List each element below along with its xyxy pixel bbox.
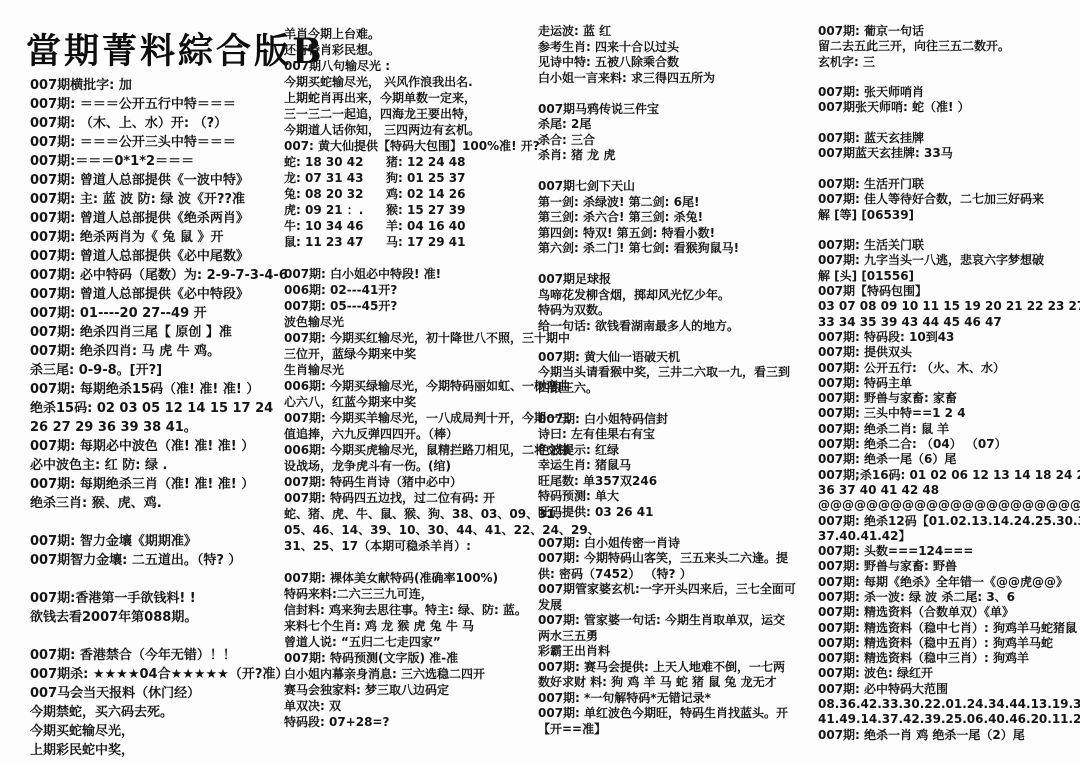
text-line: 007期蓝天玄挂牌: 33马 bbox=[818, 146, 1073, 161]
text-line: 007期:香港第一手欲钱料! ! bbox=[30, 589, 280, 608]
text-line: 007期: 绝杀一肖 鸡 绝杀一尾（2）尾 bbox=[818, 728, 1073, 743]
text-line: 今期当头请看猴中奖，三井二六取一九，看三到 bbox=[538, 365, 796, 381]
text-line: 36 37 40 41 42 48 bbox=[818, 483, 1073, 498]
text-line: 参考生肖: 四来十合以过头 bbox=[538, 40, 796, 56]
text-line: 幸运生肖: 猪鼠马 bbox=[538, 458, 796, 474]
zodiac-number-row: 牛: 10 34 46羊: 04 16 40 bbox=[284, 218, 540, 234]
text-line: 发展 bbox=[538, 598, 796, 614]
zodiac-number-row: 虎: 09 21 ：.猴: 15 27 39 bbox=[284, 202, 540, 218]
text-line: 绝杀15码: 02 03 05 12 14 15 17 24 bbox=[30, 399, 280, 418]
text-line: 007期【特码包围】 bbox=[818, 284, 1073, 299]
text-line: 007期: 绝杀二合: （04） （07） bbox=[818, 437, 1073, 452]
text-line: 31、25、17（本期可稳杀羊肖）: bbox=[284, 538, 540, 554]
text-line: 007期: 智力金壤《期期准》 bbox=[30, 532, 280, 551]
text-line: 四跟三六。 bbox=[538, 381, 796, 397]
text-line: 007期: 必中特码（尾数）为: 2-9-7-3-4-6 bbox=[30, 266, 280, 285]
text-line: 007期;杀16码: 01 02 06 12 13 14 18 24 25 29… bbox=[818, 468, 1073, 483]
text-line: 007期智力金壤: 二五道出。（特? ） bbox=[30, 551, 280, 570]
text-line: 007期马鸦传说三件宝 bbox=[538, 102, 796, 118]
text-line: 007期: 每期绝杀15码（准! 准! 准! ） bbox=[30, 380, 280, 399]
text-line: 007期: 绝杀一尾（6）尾 bbox=[818, 452, 1073, 467]
column-3: 走运波: 蓝 红参考生肖: 四来十合以过头见诗中特: 五被八除乘合数白小姐一言来… bbox=[538, 24, 796, 737]
text-line: 白小姐内幕亲身消息: 三六选稳二四开 bbox=[284, 666, 540, 682]
text-line: 007期: 今期买红输尽光，初十降世八不照，三十期中 bbox=[284, 330, 540, 346]
text-line: 007期: 精选资料（合数单双）《单》 bbox=[818, 605, 1073, 620]
text-line: 007期八句输尽光 : bbox=[284, 58, 540, 74]
text-line: 蛇、猪、虎、牛、鼠、猴、狗、38、03、09、31、 bbox=[284, 506, 540, 522]
zodiac-number-row: 兔: 08 20 32鸡: 02 14 26 bbox=[284, 186, 540, 202]
text-line: 007期: 三头中特==1 2 4 bbox=[818, 406, 1073, 421]
text-line: 还有特肖彩民想。 bbox=[284, 42, 540, 58]
page-title: 當期菁料綜合版B bbox=[26, 24, 325, 74]
text-line: 37.40.41.42】 bbox=[818, 529, 1073, 544]
text-line: 解 [头] [01556] bbox=[818, 269, 1073, 284]
zodiac-cell-right: 鸡: 02 14 26 bbox=[386, 186, 540, 202]
text-line: 007期: 今期买羊输尽光，一八成局判十开，今期一三 bbox=[284, 410, 540, 426]
tip-sheet-page: 當期菁料綜合版B 007期横批字: 加007期: ＝＝＝公开五行中特＝＝＝007… bbox=[0, 0, 1080, 764]
text-line: 绝杀三肖: 猴、虎、鸡. bbox=[30, 494, 280, 513]
text-line: 007期: 主: 蓝 波 防: 绿 波《开??准 bbox=[30, 190, 280, 209]
text-line: 007期: （木、上、水）开: （?） bbox=[30, 114, 280, 133]
text-line: 羊肖今期上台难。 bbox=[284, 26, 540, 42]
zodiac-cell-right: 猪: 12 24 48 bbox=[386, 154, 540, 170]
text-line: 数好求财 料: 狗 鸡 羊 马 蛇 猪 鼠 兔 龙无才 bbox=[538, 675, 796, 691]
text-line: 007期: 05---45开? bbox=[284, 298, 540, 314]
text-line: 留二去五此三开，向往三五二数开。 bbox=[818, 39, 1073, 54]
text-line: 解 [等] [06539] bbox=[818, 208, 1073, 223]
text-line: 007期: 赛马会提供: 上天人地难不倒，一七两 bbox=[538, 660, 796, 676]
text-line: 007期: 每期绝杀三肖（准! 准! 准! ） bbox=[30, 475, 280, 494]
text-line: 特码段: 07+28=? bbox=[284, 714, 540, 730]
text-line: 05、46、14、39、10、30、44、41、22、24、29、 bbox=[284, 522, 540, 538]
text-line: 第四剑: 特双! 第五剑: 特看小数! bbox=[538, 226, 796, 242]
text-line: 007期足球报 bbox=[538, 272, 796, 288]
text-line: @@@@@@@@@@@@@@@@@@@@@@@ bbox=[818, 498, 1073, 513]
text-line: 007期: 精选资料（稳中七肖）: 狗鸡羊马蛇猪鼠 bbox=[818, 621, 1073, 636]
text-line: 007期: 特码段: 10到43 bbox=[818, 330, 1073, 345]
text-line: 杀肖: 猪 龙 虎 bbox=[538, 148, 796, 164]
zodiac-cell-left: 龙: 07 31 43 bbox=[284, 170, 386, 186]
text-line: 007期: 黄大仙一语破天机 bbox=[538, 350, 796, 366]
text-line: 特码为双数。 bbox=[538, 303, 796, 319]
zodiac-cell-right: 猴: 15 27 39 bbox=[386, 202, 540, 218]
text-line: 曾道人说: “五归二七走四家” bbox=[284, 634, 540, 650]
text-line: 007期: 每期《绝杀》全年错一《@@虎@@》 bbox=[818, 575, 1073, 590]
text-line: 007期:＝＝＝0*1*2＝＝＝ bbox=[30, 152, 280, 171]
text-line: 上期彩民蛇中奖， bbox=[30, 741, 280, 760]
text-line: 旺码提供: 03 26 41 bbox=[538, 505, 796, 521]
text-line: 007期: 野兽与家畜: 家畜 bbox=[818, 391, 1073, 406]
text-line: 26 27 29 36 39 38 41。 bbox=[30, 418, 280, 437]
column-1: 007期横批字: 加007期: ＝＝＝公开五行中特＝＝＝007期: （木、上、水… bbox=[30, 76, 280, 760]
text-line: 007期: 提供双头 bbox=[818, 345, 1073, 360]
text-line: 007期: 波色: 绿红开 bbox=[818, 666, 1073, 681]
text-line: 007期: 曾道人总部提供《绝杀两肖》 bbox=[30, 209, 280, 228]
text-line: 007期杀: ★★★★04合★★★★★（开?准） bbox=[30, 665, 280, 684]
text-line: 设战场，龙争虎斗有一伤。(绾) bbox=[284, 458, 540, 474]
text-line: 33 34 35 39 43 44 45 46 47 bbox=[818, 315, 1073, 330]
text-line: 007期: 每期必中波色（准! 准! 准! ） bbox=[30, 437, 280, 456]
text-line: 走运波: 蓝 红 bbox=[538, 24, 796, 40]
text-line: 007期: *一句解特码*无错记录* bbox=[538, 691, 796, 707]
text-line: 41.49.14.37.42.39.25.06.40.46.20.11.29 bbox=[818, 712, 1073, 727]
zodiac-cell-left: 蛇: 18 30 42 bbox=[284, 154, 386, 170]
text-line: 必中波色主: 红 防: 绿 . bbox=[30, 456, 280, 475]
text-line: 今期禁蛇，买六码去死。 bbox=[30, 703, 280, 722]
text-line: 今期道人话你知， 三四两边有玄机。 bbox=[284, 122, 540, 138]
text-line: 信封料: 鸡来狗去思往事。特主: 绿、防: 蓝。 bbox=[284, 602, 540, 618]
text-line: 007期: 绝杀四肖三尾【 原创 】准 bbox=[30, 323, 280, 342]
text-line: 007: 黄大仙提供【特码大包围】100%准! 开? bbox=[284, 138, 540, 154]
text-line: 第一剑: 杀绿波! 第二剑: 6尾! bbox=[538, 195, 796, 211]
text-line: 007期管家婆玄机:一字开头四来后，三七全面可 bbox=[538, 582, 796, 598]
text-line: 两水三五勇 bbox=[538, 629, 796, 645]
text-line: 三位开，蓝绿今期来中奖 bbox=[284, 346, 540, 362]
text-line: 007期: 曾道人总部提供《必中尾数》 bbox=[30, 247, 280, 266]
text-line: 值追捧，六九反弹四四开。（棒） bbox=[284, 426, 540, 442]
text-line: 来料七个生肖: 鸡 龙 猴 虎 兔 牛 马 bbox=[284, 618, 540, 634]
text-line: 第三剑: 杀六合! 第三剑: 杀兔! bbox=[538, 210, 796, 226]
text-line: 色波提示: 红绿 bbox=[538, 443, 796, 459]
text-line: 007期: 单红波色今期旺，特码生肖找蓝头。开 bbox=[538, 706, 796, 722]
zodiac-cell-left: 牛: 10 34 46 bbox=[284, 218, 386, 234]
text-line: 第六剑: 杀二门! 第七剑: 看猴狗鼠马! bbox=[538, 241, 796, 257]
text-line: 007期: 绝杀二肖: 鼠 羊 bbox=[818, 422, 1073, 437]
text-line: 欲钱去看2007年第088期。 bbox=[30, 608, 280, 627]
text-line: 特码预测: 单大 bbox=[538, 489, 796, 505]
text-line: 【开==准】 bbox=[538, 722, 796, 738]
text-line: 007期: 特码生肖诗（猪中必中） bbox=[284, 474, 540, 490]
text-line: 玄机字: 三 bbox=[818, 55, 1073, 70]
text-line: 007期: 曾道人总部提供《必中特段》 bbox=[30, 285, 280, 304]
text-line: 08.36.42.33.30.22.01.24.34.44.13.19.38. bbox=[818, 697, 1073, 712]
text-line: 007期: 白小姐必中特段! 准! bbox=[284, 266, 540, 282]
text-line: 007期: 头数===124=== bbox=[818, 544, 1073, 559]
text-line: 007期: 必中特码大范围 bbox=[818, 682, 1073, 697]
text-line: 杀尾: 2尾 bbox=[538, 117, 796, 133]
text-line: 今期买蛇输尽光， 兴风作浪我出名. bbox=[284, 74, 540, 90]
text-line: 007期: 生活开门联 bbox=[818, 177, 1073, 192]
text-line: 杀合: 三合 bbox=[538, 133, 796, 149]
text-line: 007期: 管家婆一句话: 今期生肖取单双，运交 bbox=[538, 613, 796, 629]
text-line: 波色输尽光 bbox=[284, 314, 540, 330]
text-line: 杀三尾: 0-9-8。[开?] bbox=[30, 361, 280, 380]
text-line: 007期: 佳人等待好合数，二七加三好码来 bbox=[818, 192, 1073, 207]
column-2: 羊肖今期上台难。还有特肖彩民想。007期八句输尽光 :今期买蛇输尽光， 兴风作浪… bbox=[284, 26, 540, 730]
text-line: 007期: 九字当头一八逃，悲哀六字梦想破 bbox=[818, 253, 1073, 268]
text-line: 007期: 特码四五边找，过二位有码: 开 bbox=[284, 490, 540, 506]
text-line: 007期: 野兽与家畜: 野兽 bbox=[818, 559, 1073, 574]
text-line: 旺尾数: 单357双246 bbox=[538, 474, 796, 490]
text-line: 007期: 绝杀两肖为《 兔 鼠 》开 bbox=[30, 228, 280, 247]
column-4: 007期: 葡京一句话留二去五此三开，向往三五二数开。玄机字: 三 007期: … bbox=[818, 24, 1073, 743]
zodiac-number-row: 蛇: 18 30 42猪: 12 24 48 bbox=[284, 154, 540, 170]
text-line: 007期: 曾道人总部提供《一波中特》 bbox=[30, 171, 280, 190]
text-line: 上期蛇肖再出来，今期单数一定来， bbox=[284, 90, 540, 106]
zodiac-number-row: 龙: 07 31 43狗: 01 25 37 bbox=[284, 170, 540, 186]
zodiac-cell-left: 鼠: 11 23 47 bbox=[284, 234, 386, 250]
text-line: 007期: 精选资料（稳中三肖）: 狗鸡羊 bbox=[818, 651, 1073, 666]
text-line: 03 07 08 09 10 11 15 19 20 21 22 23 27 3… bbox=[818, 299, 1073, 314]
text-line: 007期: 精选资料（稳中五肖）: 狗鸡羊马蛇 bbox=[818, 636, 1073, 651]
text-line: 007期: 张天师哨肖 bbox=[818, 85, 1073, 100]
zodiac-cell-left: 虎: 09 21 ：. bbox=[284, 202, 386, 218]
text-line: 007期: 裸体美女献特码(准确率100%) bbox=[284, 570, 540, 586]
text-line: 007马会当天报料（休门经） bbox=[30, 684, 280, 703]
text-line: 007期: 绝杀四肖: 马 虎 牛 鸡。 bbox=[30, 342, 280, 361]
zodiac-number-row: 鼠: 11 23 47马: 17 29 41 bbox=[284, 234, 540, 250]
text-line: 诗曰: 左有佳果右有宝 bbox=[538, 427, 796, 443]
text-line: 007期: ＝＝＝公开五行中特＝＝＝ bbox=[30, 95, 280, 114]
text-line: 鸟啼花发柳含烟，掷却风光忆少年。 bbox=[538, 288, 796, 304]
text-line: 今期买蛇输尽光， bbox=[30, 722, 280, 741]
text-line: 007期: 特码预测(文字版) 准-准 bbox=[284, 650, 540, 666]
text-line: 单双决: 双 bbox=[284, 698, 540, 714]
text-line: 006期: 02---41开? bbox=[284, 282, 540, 298]
text-line: 赛马会独家料: 梦三取八边码定 bbox=[284, 682, 540, 698]
text-line: 007期: 香港禁合（今年无错）！！ bbox=[30, 646, 280, 665]
text-line: 007期: 白小姐特码信封 bbox=[538, 412, 796, 428]
text-line: 供: 密码（7452） （特? ） bbox=[538, 567, 796, 583]
text-line: 007期: 杀一波: 绿 波 杀二尾: 3、6 bbox=[818, 590, 1073, 605]
text-line: 白小姐一言来料: 求三得四五所为 bbox=[538, 71, 796, 87]
text-line: 007期张天师哨: 蛇（准! ） bbox=[818, 100, 1073, 115]
text-line: 007期: ＝＝＝公开三头中特＝＝＝ bbox=[30, 133, 280, 152]
text-line: 007期: 01----20 27--49 开 bbox=[30, 304, 280, 323]
text-line: 006期: 今期买绿输尽光，今期特码丽如虹、一树弯曲 bbox=[284, 378, 540, 394]
text-line: 给一句话: 欲钱看湖南最多人的地方。 bbox=[538, 319, 796, 335]
text-line: 007期: 特码主单 bbox=[818, 376, 1073, 391]
text-line: 007期: 今期特码山客笑，三五来头二六逢。提 bbox=[538, 551, 796, 567]
zodiac-cell-right: 狗: 01 25 37 bbox=[386, 170, 540, 186]
text-line: 007期: 绝杀12码【01.02.13.14.24.25.30.36 bbox=[818, 514, 1073, 529]
text-line: 生肖输尽光 bbox=[284, 362, 540, 378]
text-line: 007期: 生活关门联 bbox=[818, 238, 1073, 253]
text-line: 006期: 今期买虎输尽光，鼠精拦路刀相见，二将交锋 bbox=[284, 442, 540, 458]
text-line: 三一三二一起追，四海龙王要出特， bbox=[284, 106, 540, 122]
text-line: 007期: 白小姐传密一肖诗 bbox=[538, 536, 796, 552]
zodiac-cell-right: 马: 17 29 41 bbox=[386, 234, 540, 250]
text-line: 彩霸王出肖料 bbox=[538, 644, 796, 660]
zodiac-cell-left: 兔: 08 20 32 bbox=[284, 186, 386, 202]
text-line: 心六八，红蓝今期来中奖 bbox=[284, 394, 540, 410]
zodiac-cell-right: 羊: 04 16 40 bbox=[386, 218, 540, 234]
text-line: 见诗中特: 五被八除乘合数 bbox=[538, 55, 796, 71]
text-line: 007期七剑下天山 bbox=[538, 179, 796, 195]
text-line: 特码来料:二六三三九可连， bbox=[284, 586, 540, 602]
text-line: 007期: 蓝天玄挂牌 bbox=[818, 131, 1073, 146]
text-line: 007期横批字: 加 bbox=[30, 76, 280, 95]
text-line: 007期: 公开五行: （火、木、水） bbox=[818, 361, 1073, 376]
text-line: 007期: 葡京一句话 bbox=[818, 24, 1073, 39]
